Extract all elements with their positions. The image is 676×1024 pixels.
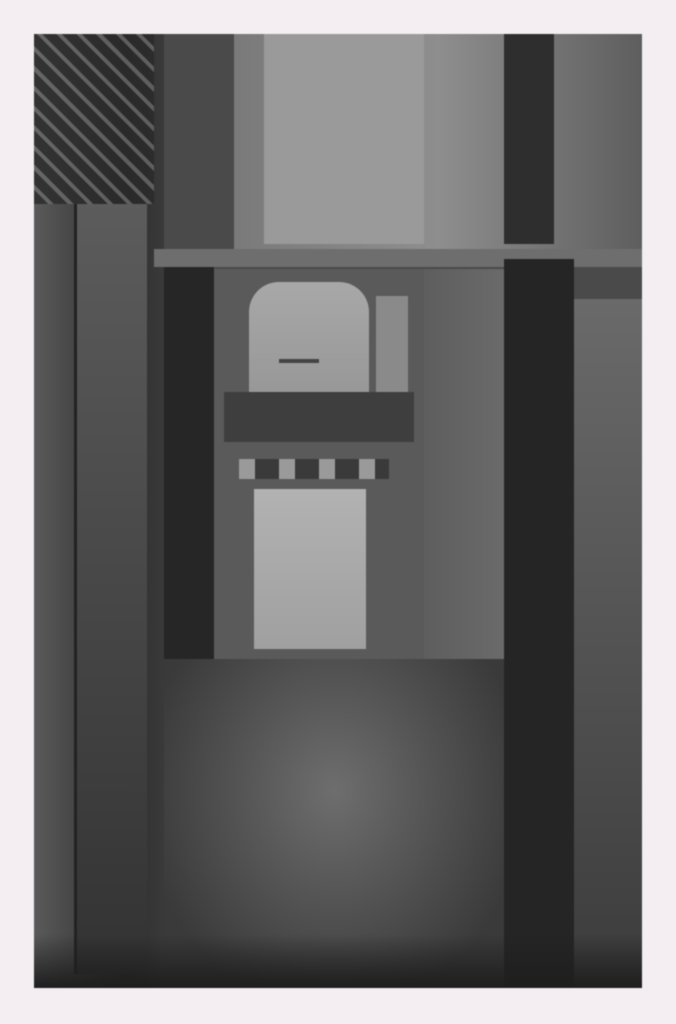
fresco-photograph (34, 34, 642, 988)
upper-window-right (376, 296, 408, 392)
upper-window (249, 282, 369, 392)
upper-dark-stripe (504, 34, 554, 244)
right-panel (574, 299, 642, 988)
brick-lattice (34, 34, 154, 204)
upper-panel-light (264, 34, 424, 244)
lower-window (254, 489, 366, 649)
right-dark-panel (504, 259, 574, 988)
ledge (224, 392, 414, 442)
left-door-panel (74, 204, 147, 974)
lamp-ornament (279, 359, 319, 363)
floor-shadow (34, 934, 642, 988)
beam-row (239, 459, 389, 479)
